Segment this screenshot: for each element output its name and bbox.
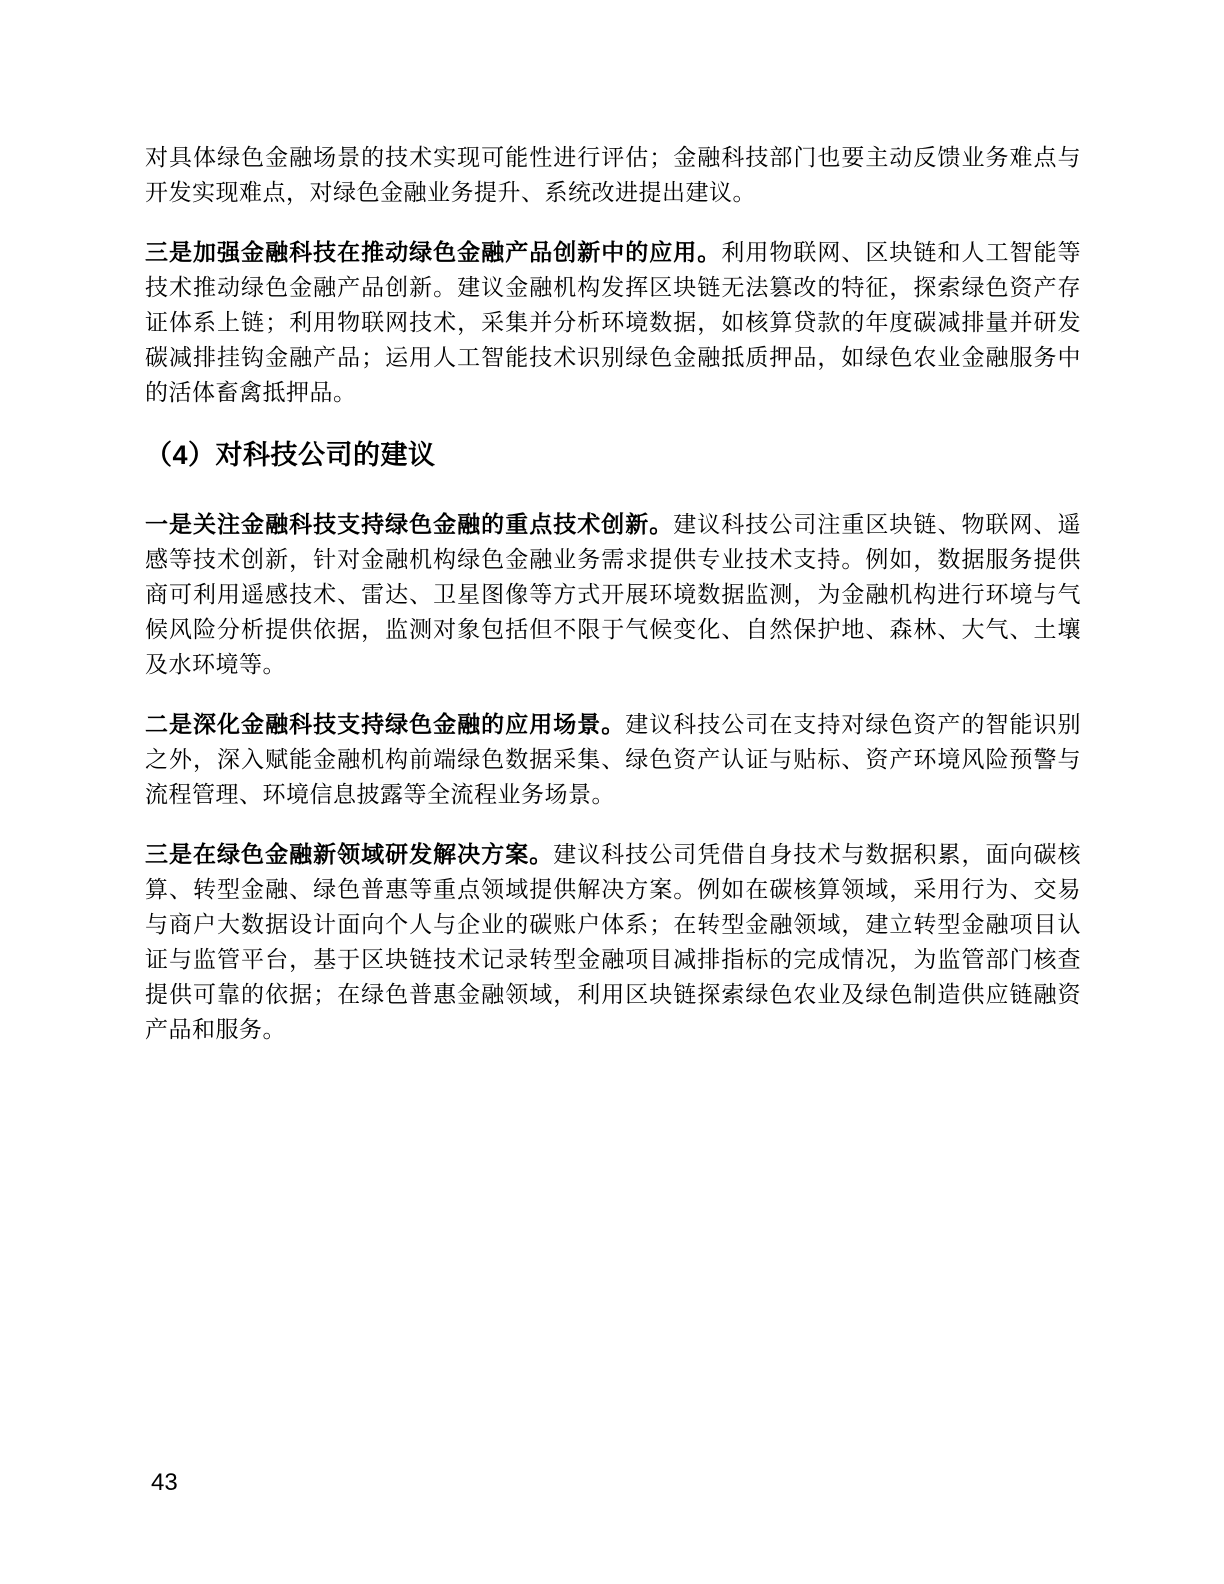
document-body: 对具体绿色金融场景的技术实现可能性进行评估；金融科技部门也要主动反馈业务难点与开… [145,140,1081,1047]
paragraph-lead-bold: 三是加强金融科技在推动绿色金融产品创新中的应用。 [145,239,721,265]
paragraph-lead-bold: 二是深化金融科技支持绿色金融的应用场景。 [145,711,625,737]
paragraph-lead-bold: 一是关注金融科技支持绿色金融的重点技术创新。 [145,511,673,537]
body-paragraph-continuation: 对具体绿色金融场景的技术实现可能性进行评估；金融科技部门也要主动反馈业务难点与开… [145,140,1081,210]
section-heading: （4）对科技公司的建议 [145,435,1081,475]
body-paragraph-point-three-new-solutions: 三是在绿色金融新领域研发解决方案。建议科技公司凭借自身技术与数据积累，面向碳核算… [145,837,1081,1047]
paragraph-text: 对具体绿色金融场景的技术实现可能性进行评估；金融科技部门也要主动反馈业务难点与开… [145,144,1081,205]
document-page: 对具体绿色金融场景的技术实现可能性进行评估；金融科技部门也要主动反馈业务难点与开… [0,0,1224,1584]
body-paragraph-point-two-application-scenarios: 二是深化金融科技支持绿色金融的应用场景。建议科技公司在支持对绿色资产的智能识别之… [145,707,1081,812]
body-paragraph-point-one-tech-innovation: 一是关注金融科技支持绿色金融的重点技术创新。建议科技公司注重区块链、物联网、遥感… [145,507,1081,682]
body-paragraph-point-three-application: 三是加强金融科技在推动绿色金融产品创新中的应用。利用物联网、区块链和人工智能等技… [145,235,1081,410]
paragraph-text: 建议科技公司凭借自身技术与数据积累，面向碳核算、转型金融、绿色普惠等重点领域提供… [145,841,1081,1042]
paragraph-lead-bold: 三是在绿色金融新领域研发解决方案。 [145,841,553,867]
page-number: 43 [151,1468,178,1498]
